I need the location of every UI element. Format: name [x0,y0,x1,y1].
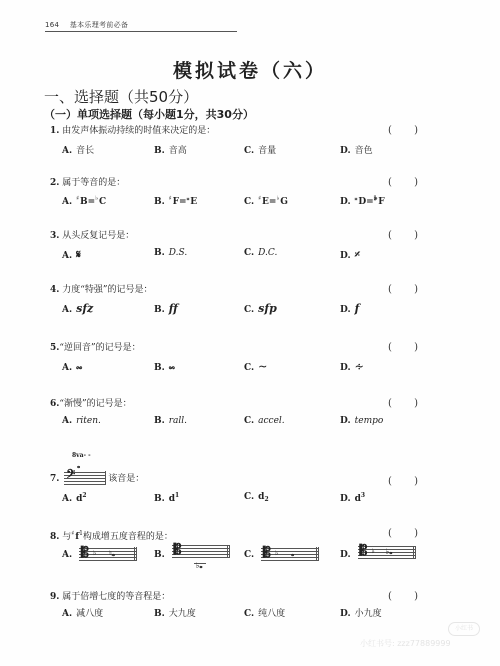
answer-blank[interactable]: () [388,283,418,297]
option-c: C. 𝄡 ♭ 𝅝 [244,547,319,563]
alto-clef-icon: 𝄡 [360,544,368,558]
running-head: 164 基本乐理考前必备 [45,20,237,30]
question-stem: 由发声体振动持续的时值来决定的是： [62,126,215,136]
question-3: 3. 从头反复记号是： () A.𝄋 B.D.S. C.D.C. D.𝄎 [50,229,450,264]
question-stem: 该音是： [108,474,144,484]
option-c: C.∼ [244,360,267,373]
alto-staff: 𝄡 ♭ 𝅝 [261,547,319,563]
alto-staff: 𝄡 ♭𝅝 [172,547,230,563]
answer-blank[interactable]: () [388,527,418,541]
option-b: B.大九度 [154,606,196,619]
question-number: 8. [50,532,59,542]
turn-plain-icon: ∼ [258,360,267,373]
option-a: A.𝆗 [62,360,82,374]
question-stem: 属于倍增七度的等音程是： [62,592,170,602]
question-stem: 构成增五度音程的是： [83,532,173,542]
exam-title: 模拟试卷（六） [0,56,500,83]
option-d: D.小九度 [340,606,382,619]
ottava-mark: 8va- - [72,452,91,459]
question-9: 9. 属于倍增七度的等音程是： () A.减八度 B.大九度 C.纯八度 D.小… [50,590,450,622]
option-d: D.𝄎 [340,248,360,262]
question-number: 9. [50,592,59,602]
answer-blank[interactable]: () [388,176,418,190]
question-number: 5. [50,343,59,353]
option-b: B.♯F=𝄪E [154,195,197,207]
bass-clef-icon: 𝄢 [66,469,75,483]
answer-blank[interactable]: () [388,124,418,138]
question-2: 2. 属于等音的是： () A.♯B=♭C B.♯F=𝄪E C.♯E=♭G D.… [50,176,450,211]
option-b: B.ff [154,302,178,315]
question-stem: “逆回音”的记号是： [59,343,140,353]
watermark-badge: 小红书 [448,622,480,636]
book-title: 基本乐理考前必备 [70,21,128,29]
option-c: C.纯八度 [244,606,285,619]
question-number: 7. [50,474,59,484]
repeat-measure-icon: 𝄎 [355,248,360,261]
question-8: 8. 与♯f1构成增五度音程的是： () A. 𝄡 ♭ ♮𝅝 B. 𝄡 ♭𝅝 [50,527,450,571]
option-b: B.d1 [154,492,179,504]
answer-blank[interactable]: () [388,473,418,491]
page-number: 164 [45,21,59,29]
option-a: A.sfz [62,302,93,315]
question-number: 2. [50,178,59,188]
segno-icon: 𝄋 [76,248,81,261]
option-a: A.音长 [62,143,94,156]
answer-blank[interactable]: () [388,341,418,355]
option-a: A.♯B=♭C [62,195,106,207]
option-a: A.𝄋 [62,248,81,262]
question-number: 4. [50,285,59,295]
section-heading: 一、选择题（共50分） [44,86,198,107]
question-4: 4. 力度“特强”的记号是： () A.sfz B.ff C.sfp D.f [50,283,450,318]
option-c: C.音量 [244,143,276,156]
mordent-icon: 𝆘 [169,360,175,373]
question-number: 3. [50,231,59,241]
option-c: C.D.C. [244,248,277,258]
exam-page: 164 基本乐理考前必备 模拟试卷（六） 一、选择题（共50分） （一）单项选择… [0,0,500,666]
question-5: 5.“逆回音”的记号是： () A.𝆗 B.𝆘 C.∼ D.∻ [50,341,450,376]
note-icon: ♭𝅝 [386,546,393,557]
option-b: B.音高 [154,143,187,156]
alto-clef-icon: 𝄡 [263,546,271,560]
option-d: D.tempo [340,416,383,426]
inverted-turn-icon: ∻ [355,360,364,373]
question-6: 6.“渐慢”的记号是： () A.riten. B.rall. C.accel.… [50,397,450,432]
answer-blank[interactable]: () [388,229,418,243]
alto-clef-icon: 𝄡 [81,546,89,560]
option-a: A. 𝄡 ♭ ♮𝅝 [62,547,137,563]
alto-staff: 𝄡 ♭ ♮𝅝 [79,547,137,563]
option-c: C.sfp [244,302,277,315]
option-d: D.𝄪D=𝄫F [340,195,385,207]
option-d: D.音色 [340,143,373,156]
question-stem: 从头反复记号是： [62,231,134,241]
option-d: D.f [340,302,359,315]
note-icon: ♭𝅝 [196,560,203,571]
note-icon: ♮𝅝 [109,548,115,559]
option-b: B. 𝄡 ♭𝅝 [154,547,230,563]
option-d: D.d3 [340,492,365,504]
question-number: 6. [50,399,59,409]
option-c: C.d2 [244,492,269,503]
option-b: B.rall. [154,416,187,426]
watermark-text: 小红书号: zzz77889999 [360,638,451,649]
question-7: 8va- - 𝅝 7. 𝄢 该音是： () A.d2 B.d1 C.d2 D.d… [50,450,450,508]
option-b: B.D.S. [154,248,187,258]
note-icon: 𝅝 [291,548,294,559]
alto-clef-icon: 𝄡 [174,543,182,557]
option-c: C.accel. [244,416,285,426]
option-d: D. 𝄡 ♭ ♭𝅝 [340,547,416,563]
option-a: A.riten. [62,416,101,426]
question-stem: 属于等音的是： [62,178,125,188]
option-d: D.∻ [340,360,364,373]
header-rule [45,31,237,32]
question-stem: 力度“特强”的记号是： [62,285,152,295]
option-c: C.♯E=♭G [244,195,288,207]
option-a: A.d2 [62,492,87,504]
question-1: 1. 由发声体振动持续的时值来决定的是： () A.音长 B.音高 C.音量 D… [50,124,450,159]
answer-blank[interactable]: () [388,397,418,411]
turn-icon: 𝆗 [76,360,82,373]
subsection-heading: （一）单项选择题（每小题1分，共30分） [44,106,254,122]
option-b: B.𝆘 [154,360,175,374]
answer-blank[interactable]: () [388,590,418,604]
question-number: 1. [50,126,59,136]
alto-staff: 𝄡 ♭ ♭𝅝 [358,547,416,563]
question-stem: “渐慢”的记号是： [59,399,131,409]
bass-staff: 𝄢 [64,471,106,487]
option-a: A.减八度 [62,606,103,619]
